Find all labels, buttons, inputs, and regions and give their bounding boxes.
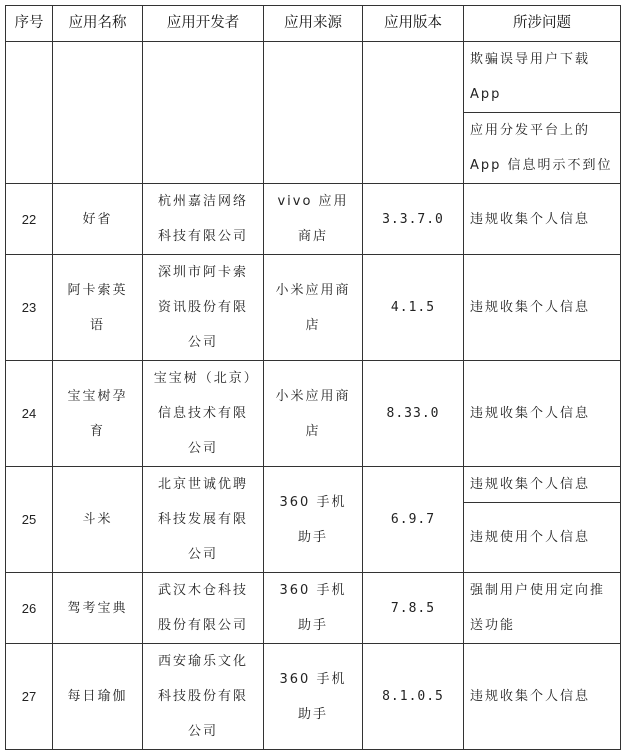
table-row: 23 阿卡索英语 深圳市阿卡索资讯股份有限公司 小米应用商店 4.1.5 违规收…: [6, 255, 621, 361]
cell-source: [264, 42, 363, 184]
cell-developer: 深圳市阿卡索资讯股份有限公司: [143, 255, 264, 361]
cell-name: 好省: [53, 184, 143, 255]
header-source: 应用来源: [264, 6, 363, 42]
header-version: 应用版本: [363, 6, 464, 42]
cell-no: [6, 42, 53, 184]
cell-no: 23: [6, 255, 53, 361]
cell-name: 驾考宝典: [53, 573, 143, 644]
cell-version: 8.33.0: [363, 361, 464, 467]
table-row-continuation: 欺骗误导用户下载App: [6, 42, 621, 113]
cell-name: 斗米: [53, 467, 143, 573]
cell-name: [53, 42, 143, 184]
name-text: 阿卡索英语: [66, 273, 130, 343]
source-text: 360 手机助手: [273, 662, 353, 732]
cell-issue: 违规收集个人信息: [464, 467, 621, 503]
name-text: 宝宝树孕育: [66, 379, 130, 449]
cell-version: 7.8.5: [363, 573, 464, 644]
issue-text: 应用分发平台上的App 信息明示不到位: [470, 113, 618, 183]
cell-version: [363, 42, 464, 184]
cell-no: 24: [6, 361, 53, 467]
cell-issue: 应用分发平台上的App 信息明示不到位: [464, 113, 621, 184]
cell-version: 3.3.7.0: [363, 184, 464, 255]
cell-no: 22: [6, 184, 53, 255]
cell-issue: 强制用户使用定向推送功能: [464, 573, 621, 644]
developer-text: 西安瑜乐文化科技股份有限公司: [153, 644, 253, 749]
cell-issue: 违规使用个人信息: [464, 503, 621, 573]
issue-text: 强制用户使用定向推送功能: [470, 573, 618, 643]
header-row: 序号 应用名称 应用开发者 应用来源 应用版本 所涉问题: [6, 6, 621, 42]
source-text: 360 手机助手: [273, 485, 353, 555]
cell-issue: 违规收集个人信息: [464, 255, 621, 361]
cell-developer: [143, 42, 264, 184]
header-issues: 所涉问题: [464, 6, 621, 42]
cell-developer: 北京世诚优聘科技发展有限公司: [143, 467, 264, 573]
source-text: 360 手机助手: [273, 573, 353, 643]
cell-developer: 武汉木仓科技股份有限公司: [143, 573, 264, 644]
cell-source: 360 手机助手: [264, 573, 363, 644]
cell-version: 6.9.7: [363, 467, 464, 573]
cell-developer: 杭州嘉洁网络科技有限公司: [143, 184, 264, 255]
header-developer: 应用开发者: [143, 6, 264, 42]
cell-developer: 宝宝树（北京）信息技术有限公司: [143, 361, 264, 467]
cell-developer: 西安瑜乐文化科技股份有限公司: [143, 644, 264, 750]
source-text: vivo 应用商店: [273, 184, 353, 254]
cell-issue: 欺骗误导用户下载App: [464, 42, 621, 113]
developer-text: 宝宝树（北京）信息技术有限公司: [153, 361, 253, 466]
cell-source: 小米应用商店: [264, 255, 363, 361]
header-no: 序号: [6, 6, 53, 42]
cell-source: 360 手机助手: [264, 644, 363, 750]
cell-name: 每日瑜伽: [53, 644, 143, 750]
cell-issue: 违规收集个人信息: [464, 361, 621, 467]
app-violations-table: 序号 应用名称 应用开发者 应用来源 应用版本 所涉问题 欺骗误导用户下载App…: [5, 5, 621, 750]
cell-issue: 违规收集个人信息: [464, 644, 621, 750]
table-row: 27 每日瑜伽 西安瑜乐文化科技股份有限公司 360 手机助手 8.1.0.5 …: [6, 644, 621, 750]
source-text: 小米应用商店: [273, 379, 353, 449]
cell-issue: 违规收集个人信息: [464, 184, 621, 255]
cell-version: 4.1.5: [363, 255, 464, 361]
cell-no: 27: [6, 644, 53, 750]
cell-no: 25: [6, 467, 53, 573]
cell-source: vivo 应用商店: [264, 184, 363, 255]
cell-source: 小米应用商店: [264, 361, 363, 467]
table-row: 25 斗米 北京世诚优聘科技发展有限公司 360 手机助手 6.9.7 违规收集…: [6, 467, 621, 503]
cell-no: 26: [6, 573, 53, 644]
table-row: 22 好省 杭州嘉洁网络科技有限公司 vivo 应用商店 3.3.7.0 违规收…: [6, 184, 621, 255]
developer-text: 北京世诚优聘科技发展有限公司: [153, 467, 253, 572]
cell-version: 8.1.0.5: [363, 644, 464, 750]
developer-text: 武汉木仓科技股份有限公司: [153, 573, 253, 643]
cell-name: 阿卡索英语: [53, 255, 143, 361]
developer-text: 深圳市阿卡索资讯股份有限公司: [153, 255, 253, 360]
table-row: 24 宝宝树孕育 宝宝树（北京）信息技术有限公司 小米应用商店 8.33.0 违…: [6, 361, 621, 467]
table-row: 26 驾考宝典 武汉木仓科技股份有限公司 360 手机助手 7.8.5 强制用户…: [6, 573, 621, 644]
source-text: 小米应用商店: [273, 273, 353, 343]
developer-text: 杭州嘉洁网络科技有限公司: [153, 184, 253, 254]
cell-name: 宝宝树孕育: [53, 361, 143, 467]
header-app-name: 应用名称: [53, 6, 143, 42]
cell-source: 360 手机助手: [264, 467, 363, 573]
issue-text: 欺骗误导用户下载App: [470, 42, 618, 112]
